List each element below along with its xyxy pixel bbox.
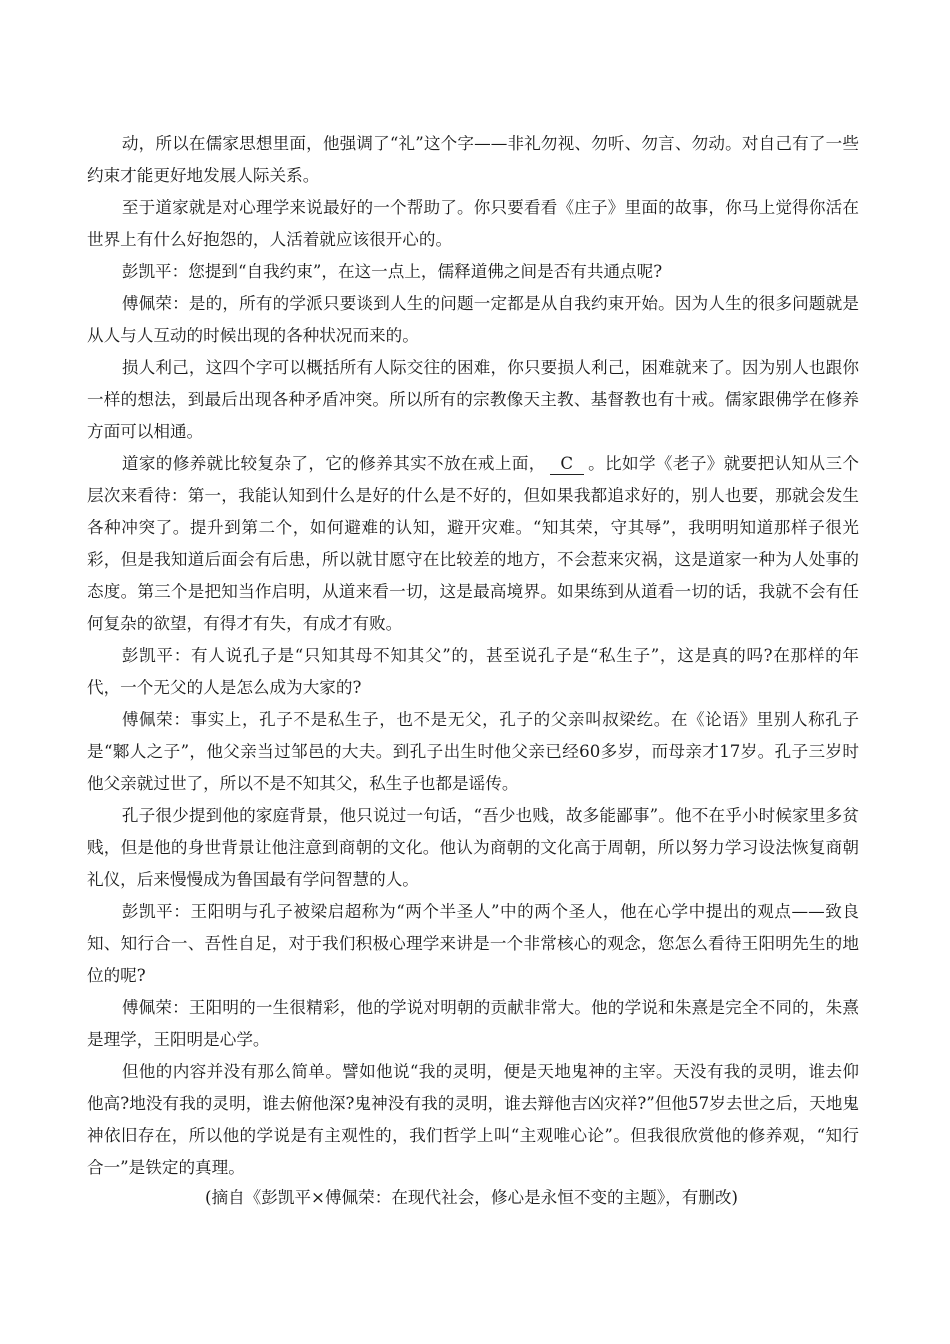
paragraph-question-common-ground: 彭凯平：您提到“自我约束”，在这一点上，儒释道佛之间是否有共通点呢? bbox=[87, 256, 859, 288]
paragraph-question-wang-yangming: 彭凯平：王阳明与孔子被梁启超称为“两个半圣人”中的两个圣人，他在心学中提出的观点… bbox=[87, 896, 859, 992]
paragraph-harm-others: 损人利己，这四个字可以概括所有人际交往的困难，你只要损人利己，困难就来了。因为别… bbox=[87, 352, 859, 448]
answer-blank: C bbox=[550, 454, 584, 475]
paragraph-answer-wang-yangming: 傅佩荣：王阳明的一生很精彩，他的学说对明朝的贡献非常大。他的学说和朱熹是完全不同… bbox=[87, 992, 859, 1056]
source-citation: (摘自《彭凯平×傅佩荣：在现代社会，修心是永恒不变的主题》，有删改) bbox=[87, 1186, 859, 1210]
daoist-text-before: 道家的修养就比较复杂了，它的修养其实不放在戒上面， bbox=[122, 454, 546, 473]
paragraph-daoism-psychology: 至于道家就是对心理学来说最好的一个帮助了。你只要看看《庄子》里面的故事，你马上觉… bbox=[87, 192, 859, 256]
paragraph-answer-confucius-father: 傅佩荣：事实上，孔子不是私生子，也不是无父，孔子的父亲叫叔梁纥。在《论语》里别人… bbox=[87, 704, 859, 800]
paragraph-answer-self-restraint: 傅佩荣：是的，所有的学派只要谈到人生的问题一定都是从自我约束开始。因为人生的很多… bbox=[87, 288, 859, 352]
paragraph-li-self-restraint: 动，所以在儒家思想里面，他强调了“礼”这个字——非礼勿视、勿听、勿言、勿动。对自… bbox=[87, 128, 859, 192]
daoist-text-after: 。比如学《老子》就要把认知从三个层次来看待：第一，我能认知到什么是好的什么是不好… bbox=[87, 454, 859, 633]
document-page: 动，所以在儒家思想里面，他强调了“礼”这个字——非礼勿视、勿听、勿言、勿动。对自… bbox=[87, 128, 859, 1210]
paragraph-confucius-background: 孔子很少提到他的家庭背景，他只说过一句话，“吾少也贱，故多能鄙事”。他不在乎小时… bbox=[87, 800, 859, 896]
paragraph-wang-yangming-subjective: 但他的内容并没有那么简单。譬如他说“我的灵明，便是天地鬼神的主宰。天没有我的灵明… bbox=[87, 1056, 859, 1184]
paragraph-daoist-cultivation: 道家的修养就比较复杂了，它的修养其实不放在戒上面，C。比如学《老子》就要把认知从… bbox=[87, 448, 859, 640]
paragraph-question-confucius-father: 彭凯平：有人说孔子是“只知其母不知其父”的，甚至说孔子是“私生子”，这是真的吗?… bbox=[87, 640, 859, 704]
